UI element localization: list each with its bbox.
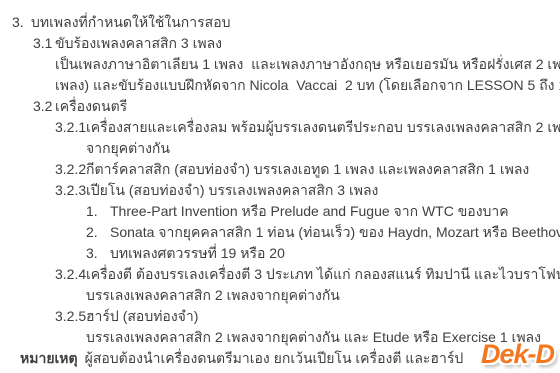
- note-label: หมายเหตุ: [20, 348, 78, 369]
- sublist-number: 2.: [86, 222, 110, 243]
- subsection-3-1-row: 3.1 ขับร้องเพลงคลาสสิก 3 เพลง: [33, 33, 560, 54]
- item-number: 3.2.2: [55, 159, 86, 180]
- section-number: 3.: [12, 12, 31, 33]
- sublist-item-row: 1. Three-Part Invention หรือ Prelude and…: [86, 201, 560, 222]
- subsection-3-1-body-line: เป็นเพลงภาษาอิตาเลียน 1 เพลง และเพลงภาษา…: [55, 54, 560, 75]
- sublist-text: Three-Part Invention หรือ Prelude and Fu…: [110, 201, 509, 222]
- sublist-text: บทเพลงศตวรรษที่ 19 หรือ 20: [110, 243, 285, 264]
- item-3-2-1-row: 3.2.1 เครื่องสายและเครื่องลม พร้อมผู้บรร…: [55, 117, 560, 138]
- body-text: บรรเลงเพลงคลาสสิก 2 เพลงจากยุคต่างกัน: [86, 285, 340, 306]
- note-row: หมายเหตุ ผู้สอบต้องนำเครื่องดนตรีมาเอง ย…: [20, 348, 560, 369]
- item-number: 3.2.3: [55, 180, 86, 201]
- item-number: 3.2.1: [55, 117, 86, 138]
- dekd-logo: Dek-D: [481, 339, 554, 370]
- item-text: ฮาร์ป (สอบท่องจำ): [86, 306, 198, 327]
- item-text: เครื่องสายและเครื่องลม พร้อมผู้บรรเลงดนต…: [86, 117, 560, 138]
- section-3-row: 3. บทเพลงที่กำหนดให้ใช้ในการสอบ: [12, 12, 560, 33]
- subsection-number: 3.2: [33, 96, 55, 117]
- item-3-2-3-row: 3.2.3 เปียโน (สอบท่องจำ) บรรเลงเพลงคลาสส…: [55, 180, 560, 201]
- item-number: 3.2.5: [55, 306, 86, 327]
- sublist-number: 1.: [86, 201, 110, 222]
- subsection-title: ขับร้องเพลงคลาสสิก 3 เพลง: [55, 33, 222, 54]
- body-text: เพลง) และขับร้องแบบฝึกหัดจาก Nicola Vacc…: [55, 75, 560, 96]
- item-3-2-1-body-line: จากยุคต่างกัน: [86, 138, 560, 159]
- section-title: บทเพลงที่กำหนดให้ใช้ในการสอบ: [31, 12, 231, 33]
- item-text: กีตาร์คลาสสิก (สอบท่องจำ) บรรเลงเอทูด 1 …: [86, 159, 529, 180]
- item-3-2-2-row: 3.2.2 กีตาร์คลาสสิก (สอบท่องจำ) บรรเลงเอ…: [55, 159, 560, 180]
- sublist-number: 3.: [86, 243, 110, 264]
- item-text: เครื่องตี ต้องบรรเลงเครื่องตี 3 ประเภท ไ…: [86, 264, 560, 285]
- item-number: 3.2.4: [55, 264, 86, 285]
- body-text: เป็นเพลงภาษาอิตาเลียน 1 เพลง และเพลงภาษา…: [55, 54, 560, 75]
- subsection-3-2-row: 3.2 เครื่องดนตรี: [33, 96, 560, 117]
- item-3-2-5-row: 3.2.5 ฮาร์ป (สอบท่องจำ): [55, 306, 560, 327]
- document-page: 3. บทเพลงที่กำหนดให้ใช้ในการสอบ 3.1 ขับร…: [0, 0, 560, 373]
- sublist-item-row: 3. บทเพลงศตวรรษที่ 19 หรือ 20: [86, 243, 560, 264]
- subsection-title: เครื่องดนตรี: [55, 96, 127, 117]
- item-3-2-4-row: 3.2.4 เครื่องตี ต้องบรรเลงเครื่องตี 3 ปร…: [55, 264, 560, 285]
- subsection-3-1-body-line: เพลง) และขับร้องแบบฝึกหัดจาก Nicola Vacc…: [55, 75, 560, 96]
- item-text: เปียโน (สอบท่องจำ) บรรเลงเพลงคลาสสิก 3 เ…: [86, 180, 378, 201]
- note-text: ผู้สอบต้องนำเครื่องดนตรีมาเอง ยกเว้นเปีย…: [85, 348, 464, 369]
- sublist-text: Sonata จากยุคคลาสสิก 1 ท่อน (ท่อนเร็ว) ข…: [110, 222, 560, 243]
- item-3-2-4-body-line: บรรเลงเพลงคลาสสิก 2 เพลงจากยุคต่างกัน: [86, 285, 560, 306]
- subsection-number: 3.1: [33, 33, 55, 54]
- sublist-item-row: 2. Sonata จากยุคคลาสสิก 1 ท่อน (ท่อนเร็ว…: [86, 222, 560, 243]
- body-text: จากยุคต่างกัน: [86, 138, 170, 159]
- body-text: บรรเลงเพลงคลาสสิก 2 เพลงจากยุคต่างกัน แล…: [86, 327, 541, 348]
